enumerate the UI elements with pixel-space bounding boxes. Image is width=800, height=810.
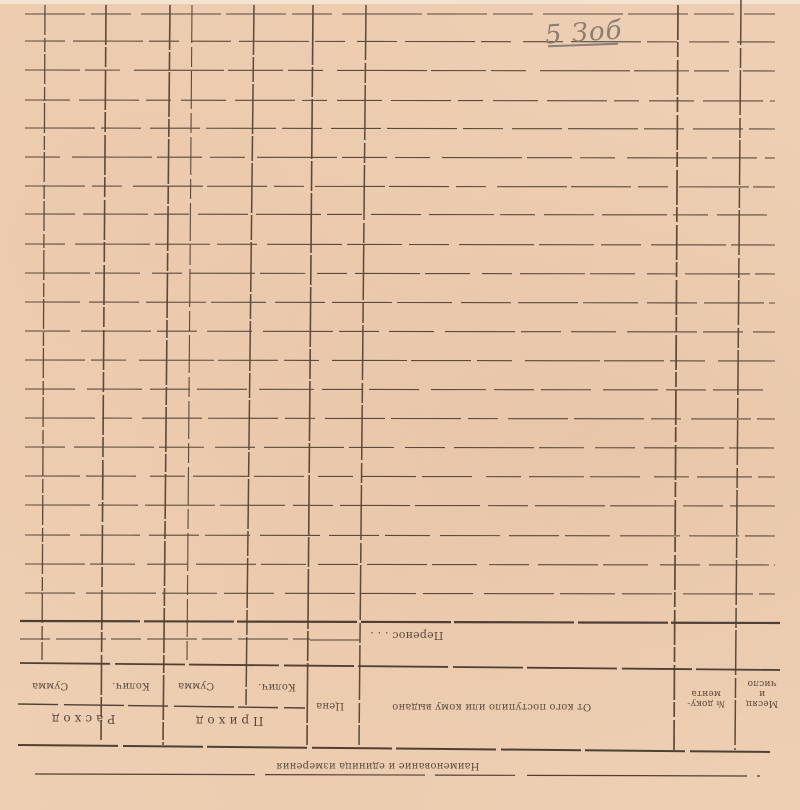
ledger-page: 5 Зоб Перенос . . . Сумма Колич. Сумма К… — [0, 0, 800, 810]
carry-over-label: Перенос . . . — [370, 629, 443, 642]
header-expense-sum: Сумма — [32, 680, 68, 691]
footer-item-name-label: Наименование и единица измерения — [276, 760, 479, 771]
header-expense-qty: Колич. — [112, 680, 150, 691]
header-from-to: От кого поступило или кому выдано — [392, 701, 591, 712]
header-expense: Расход — [48, 712, 115, 726]
header-price: Цена — [316, 700, 344, 711]
header-income-sum: Сумма — [178, 680, 214, 691]
header-month-day: Месяц и число — [744, 678, 780, 708]
header-income: Приход — [192, 714, 264, 728]
header-income-qty: Колич. — [258, 681, 296, 692]
header-doc-no: № доку-мента — [684, 688, 728, 708]
